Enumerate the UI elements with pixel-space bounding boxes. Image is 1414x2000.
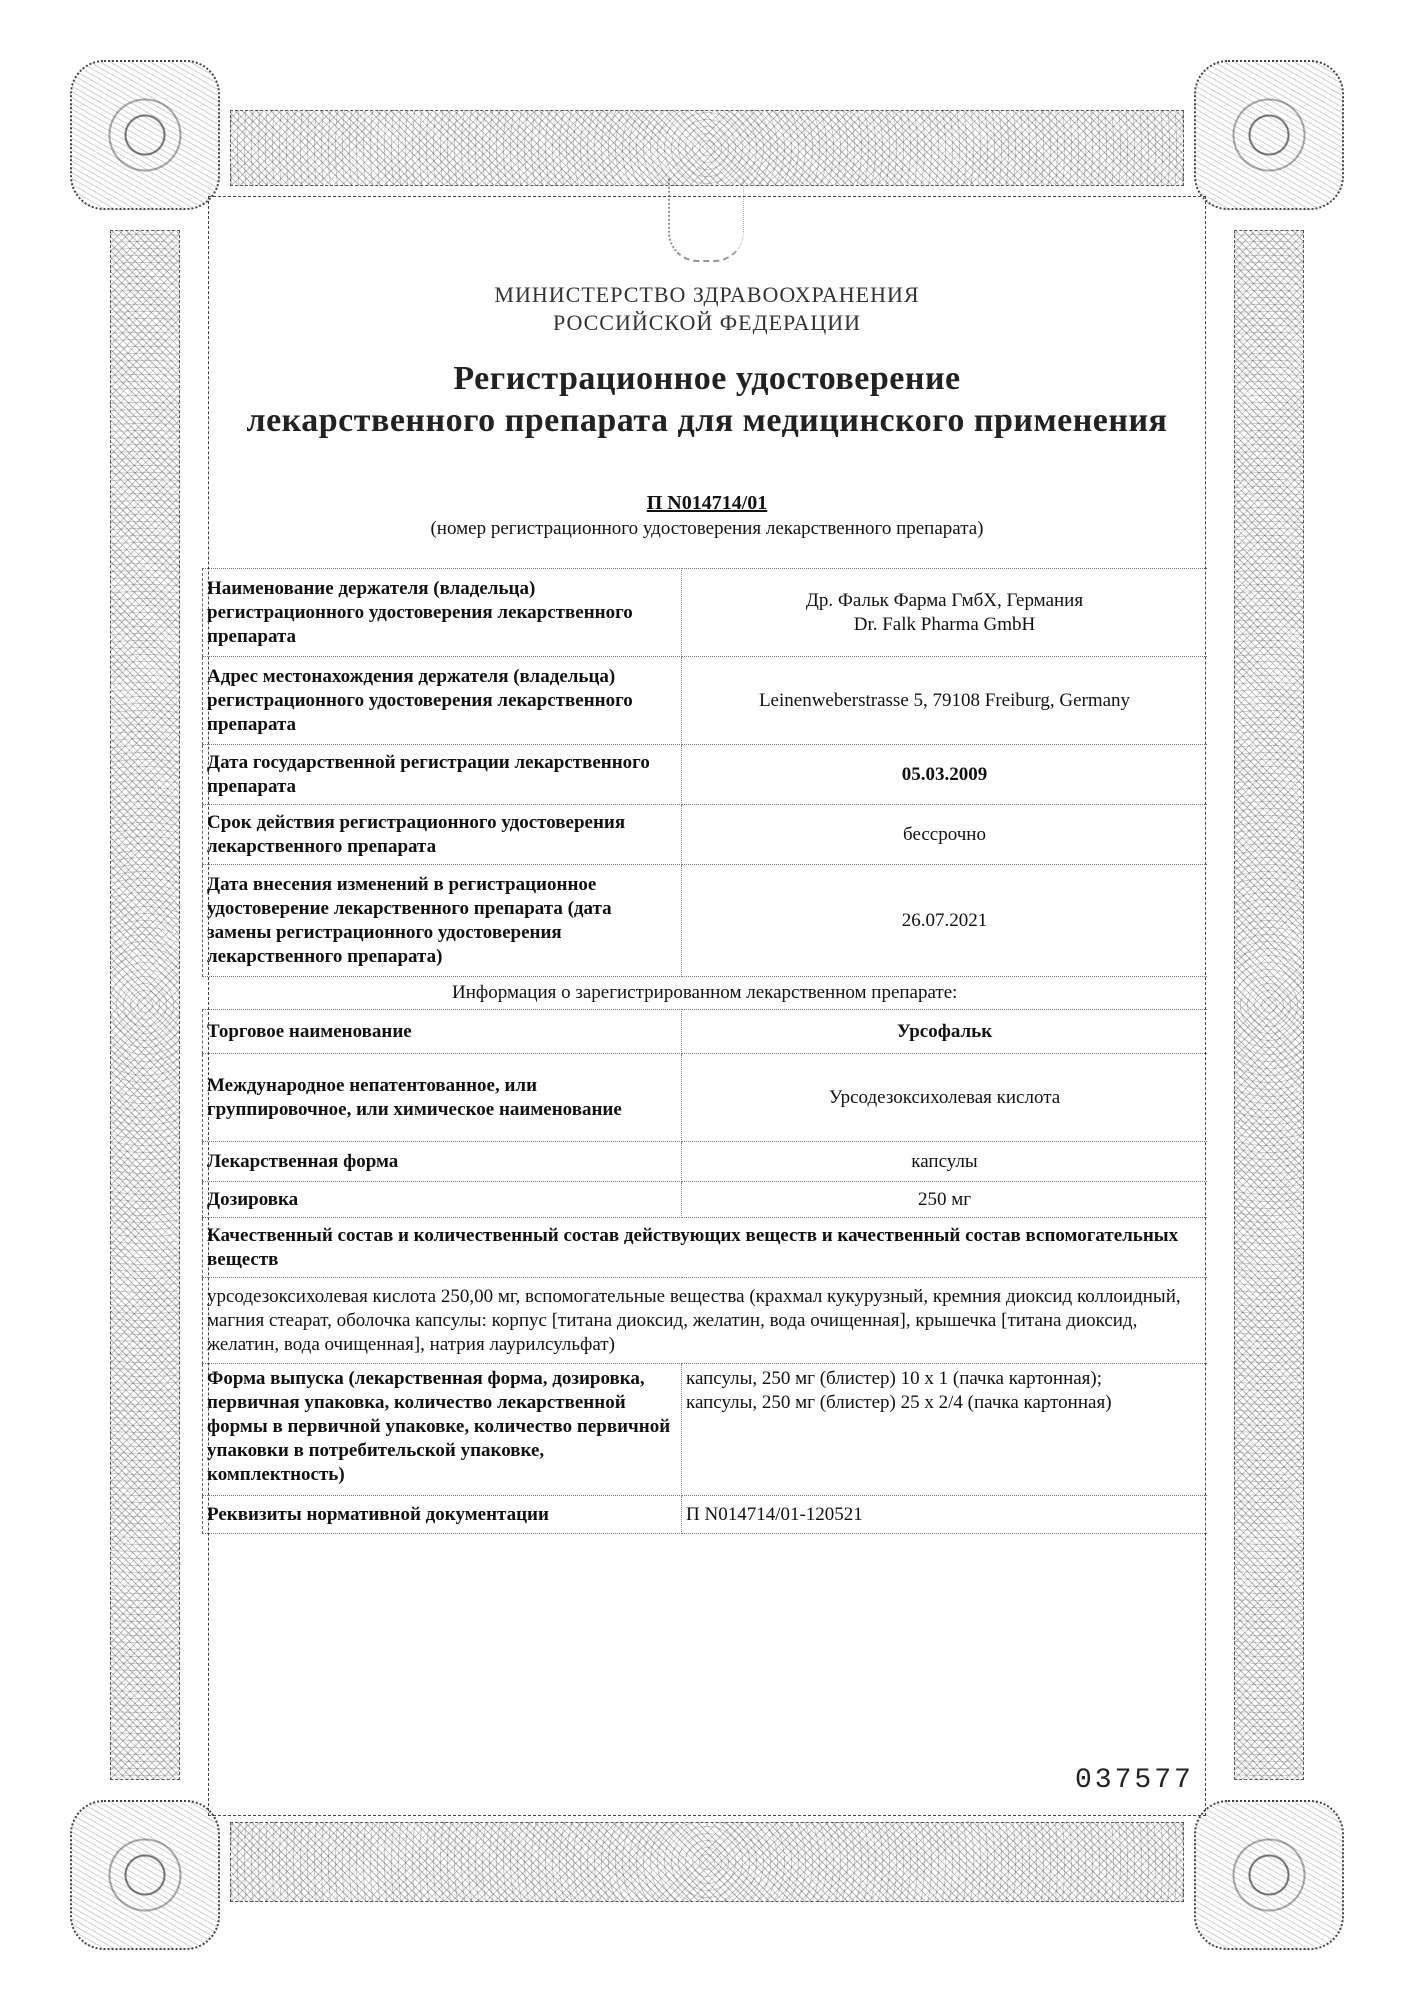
table-row: Качественный состав и количественный сос… xyxy=(203,1218,1208,1278)
table-row: Дата государственной регистрации лекарст… xyxy=(203,745,1208,805)
holder-address-label: Адрес местонахождения держателя (владель… xyxy=(203,657,682,745)
holder-name-ru: Др. Фальк Фарма ГмбХ, Германия xyxy=(686,589,1203,613)
table-row: урсодезоксихолевая кислота 250,00 мг, вс… xyxy=(203,1278,1208,1364)
corner-rosette-icon xyxy=(1194,1800,1344,1950)
holder-name-en: Dr. Falk Pharma GmbH xyxy=(686,613,1203,637)
holder-address-value: Leinenweberstrasse 5, 79108 Freiburg, Ge… xyxy=(682,657,1208,745)
table-row: Адрес местонахождения держателя (владель… xyxy=(203,657,1208,745)
composition-label: Качественный состав и количественный сос… xyxy=(203,1218,1208,1278)
normative-docs-label: Реквизиты нормативной документации xyxy=(203,1496,682,1534)
validity-period-value: бессрочно xyxy=(682,805,1208,865)
registration-number: П N014714/01 xyxy=(0,492,1414,515)
border-band-top xyxy=(230,110,1184,186)
normative-docs-value: П N014714/01-120521 xyxy=(682,1496,1208,1534)
registration-number-caption: (номер регистрационного удостоверения ле… xyxy=(0,518,1414,540)
amendment-date-value: 26.07.2021 xyxy=(682,865,1208,977)
form-serial-number: 037577 xyxy=(1075,1765,1194,1796)
table-row: Форма выпуска (лекарственная форма, дози… xyxy=(203,1364,1208,1496)
ministry-name-line2: РОССИЙСКОЙ ФЕДЕРАЦИИ xyxy=(0,310,1414,336)
table-row: Торговое наименование Урсофальк xyxy=(203,1010,1208,1054)
table-row: Срок действия регистрационного удостовер… xyxy=(203,805,1208,865)
holder-name-value: Др. Фальк Фарма ГмбХ, Германия Dr. Falk … xyxy=(682,569,1208,657)
table-row: Дата внесения изменений в регистрационно… xyxy=(203,865,1208,977)
corner-rosette-icon xyxy=(70,1800,220,1950)
ministry-name-line1: МИНИСТЕРСТВО ЗДРАВООХРАНЕНИЯ xyxy=(0,282,1414,308)
table-row: Лекарственная форма капсулы xyxy=(203,1142,1208,1182)
coat-of-arms-emblem-icon xyxy=(668,178,744,262)
border-band-left xyxy=(110,230,180,1780)
trade-name-label: Торговое наименование xyxy=(203,1010,682,1054)
table-row: Международное непатентованное, или групп… xyxy=(203,1054,1208,1142)
inn-value: Урсодезоксихолевая кислота xyxy=(682,1054,1208,1142)
dosage-form-value: капсулы xyxy=(682,1142,1208,1182)
section-heading-row: Информация о зарегистрированном лекарств… xyxy=(203,977,1208,1010)
document-title-line2: лекарственного препарата для медицинског… xyxy=(0,402,1414,440)
amendment-date-label: Дата внесения изменений в регистрационно… xyxy=(203,865,682,977)
registration-date-label: Дата государственной регистрации лекарст… xyxy=(203,745,682,805)
release-form-label: Форма выпуска (лекарственная форма, дози… xyxy=(203,1364,682,1496)
table-row: Реквизиты нормативной документации П N01… xyxy=(203,1496,1208,1534)
release-form-value: капсулы, 250 мг (блистер) 10 x 1 (пачка … xyxy=(682,1364,1208,1496)
release-form-option: капсулы, 250 мг (блистер) 10 x 1 (пачка … xyxy=(686,1367,1203,1391)
registration-date-value: 05.03.2009 xyxy=(682,745,1208,805)
corner-rosette-icon xyxy=(1194,60,1344,210)
border-band-right xyxy=(1234,230,1304,1780)
table-row: Наименование держателя (владельца) регис… xyxy=(203,569,1208,657)
table-row: Дозировка 250 мг xyxy=(203,1182,1208,1218)
dosage-label: Дозировка xyxy=(203,1182,682,1218)
trade-name-value: Урсофальк xyxy=(682,1010,1208,1054)
registration-table: Наименование держателя (владельца) регис… xyxy=(202,568,1207,1534)
document-title-line1: Регистрационное удостоверение xyxy=(0,360,1414,398)
validity-period-label: Срок действия регистрационного удостовер… xyxy=(203,805,682,865)
composition-value: урсодезоксихолевая кислота 250,00 мг, вс… xyxy=(203,1278,1208,1364)
corner-rosette-icon xyxy=(70,60,220,210)
release-form-option: капсулы, 250 мг (блистер) 25 x 2/4 (пачк… xyxy=(686,1391,1203,1415)
inn-label: Международное непатентованное, или групп… xyxy=(203,1054,682,1142)
border-band-bottom xyxy=(230,1822,1184,1902)
dosage-form-label: Лекарственная форма xyxy=(203,1142,682,1182)
dosage-value: 250 мг xyxy=(682,1182,1208,1218)
product-section-title: Информация о зарегистрированном лекарств… xyxy=(203,977,1208,1010)
holder-name-label: Наименование держателя (владельца) регис… xyxy=(203,569,682,657)
